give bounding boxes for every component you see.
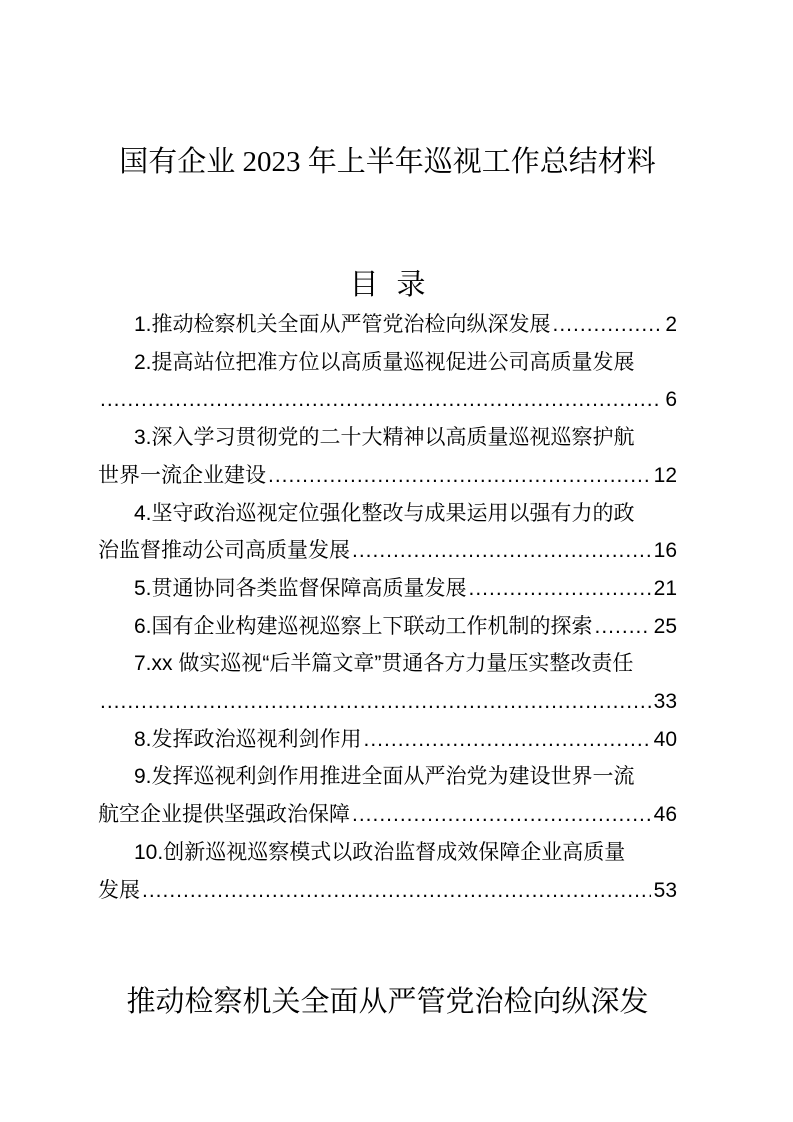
toc-leader-dots: ........................................… <box>467 570 651 608</box>
toc-page-number: 46 <box>651 796 677 834</box>
toc-leader-dots: ........................................… <box>362 721 651 759</box>
toc-entry-text: 9.发挥巡视利剑作用推进全面从严治党为建设世界一流 <box>134 758 635 796</box>
toc-entry-text: 治监督推动公司高质量发展 <box>98 532 350 570</box>
toc-entry-line: 5.贯通协同各类监督保障高质量发展.......................… <box>98 570 677 608</box>
toc-heading: 目录 <box>98 264 677 306</box>
toc-entry-text: 1.推动检察机关全面从严管党治检向纵深发展 <box>134 306 551 344</box>
toc-entry-text: 世界一流企业建设 <box>98 457 266 495</box>
toc-page-number: 12 <box>651 457 677 495</box>
toc-entry-line: 世界一流企业建设................................… <box>98 457 677 495</box>
toc-entry-line: 3.深入学习贯彻党的二十大精神以高质量巡视巡察护航 <box>98 419 677 457</box>
toc-leader-dots: ........................................… <box>350 532 651 570</box>
toc-entry-text: 6.国有企业构建巡视巡察上下联动工作机制的探索 <box>134 608 593 646</box>
toc-entry-text: 8.发挥政治巡视利剑作用 <box>134 721 362 759</box>
toc-entry-text: 发展 <box>98 872 140 910</box>
toc-entry-line: 发展......................................… <box>98 872 677 910</box>
toc-entry-line: 8.发挥政治巡视利剑作用............................… <box>98 721 677 759</box>
toc-page-number: 16 <box>651 532 677 570</box>
toc-entry-line: 10.创新巡视巡察模式以政治监督成效保障企业高质量 <box>98 834 677 872</box>
toc-entry-line: 治监督推动公司高质量发展............................… <box>98 532 677 570</box>
toc-entry-line: ........................................… <box>98 683 677 721</box>
toc-entry-text: 10.创新巡视巡察模式以政治监督成效保障企业高质量 <box>134 834 625 872</box>
toc-leader-dots: ........................................… <box>98 381 662 419</box>
toc-entry-text: 7.xx 做实巡视“后半篇文章”贯通各方力量压实整改责任 <box>134 645 633 683</box>
toc-leader-dots: ........................................… <box>140 872 651 910</box>
section-heading: 推动检察机关全面从严管党治检向纵深发 <box>98 981 677 1023</box>
toc-leader-dots: ........................................… <box>350 796 651 834</box>
toc-leader-dots: ........................................… <box>551 306 663 344</box>
toc-entry-line: 4.坚守政治巡视定位强化整改与成果运用以强有力的政 <box>98 495 677 533</box>
document-page: 国有企业 2023 年上半年巡视工作总结材料 目录 1.推动检察机关全面从严管党… <box>0 0 793 1122</box>
toc-page-number: 25 <box>651 608 677 646</box>
toc-entry-text: 3.深入学习贯彻党的二十大精神以高质量巡视巡察护航 <box>134 419 635 457</box>
toc-entry-line: ........................................… <box>98 381 677 419</box>
toc-page-number: 21 <box>651 570 677 608</box>
toc-entry-line: 1.推动检察机关全面从严管党治检向纵深发展...................… <box>98 306 677 344</box>
toc-entry-text: 4.坚守政治巡视定位强化整改与成果运用以强有力的政 <box>134 495 635 533</box>
toc-list: 1.推动检察机关全面从严管党治检向纵深发展...................… <box>98 306 677 909</box>
toc-page-number: 2 <box>662 306 677 344</box>
toc-leader-dots: ........................................… <box>593 608 651 646</box>
toc-entry-text: 2.提高站位把准方位以高质量巡视促进公司高质量发展 <box>134 344 635 382</box>
toc-entry-line: 6.国有企业构建巡视巡察上下联动工作机制的探索.................… <box>98 608 677 646</box>
document-title: 国有企业 2023 年上半年巡视工作总结材料 <box>98 141 677 183</box>
toc-entry-line: 7.xx 做实巡视“后半篇文章”贯通各方力量压实整改责任 <box>98 645 677 683</box>
toc-entry-text: 5.贯通协同各类监督保障高质量发展 <box>134 570 467 608</box>
toc-entry-line: 航空企业提供坚强政治保障............................… <box>98 796 677 834</box>
toc-entry-line: 2.提高站位把准方位以高质量巡视促进公司高质量发展 <box>98 344 677 382</box>
toc-page-number: 33 <box>651 683 677 721</box>
toc-leader-dots: ........................................… <box>266 457 651 495</box>
toc-page-number: 53 <box>651 872 677 910</box>
toc-page-number: 6 <box>662 381 677 419</box>
toc-leader-dots: ........................................… <box>98 683 651 721</box>
toc-page-number: 40 <box>651 721 677 759</box>
toc-entry-text: 航空企业提供坚强政治保障 <box>98 796 350 834</box>
toc-entry-line: 9.发挥巡视利剑作用推进全面从严治党为建设世界一流 <box>98 758 677 796</box>
